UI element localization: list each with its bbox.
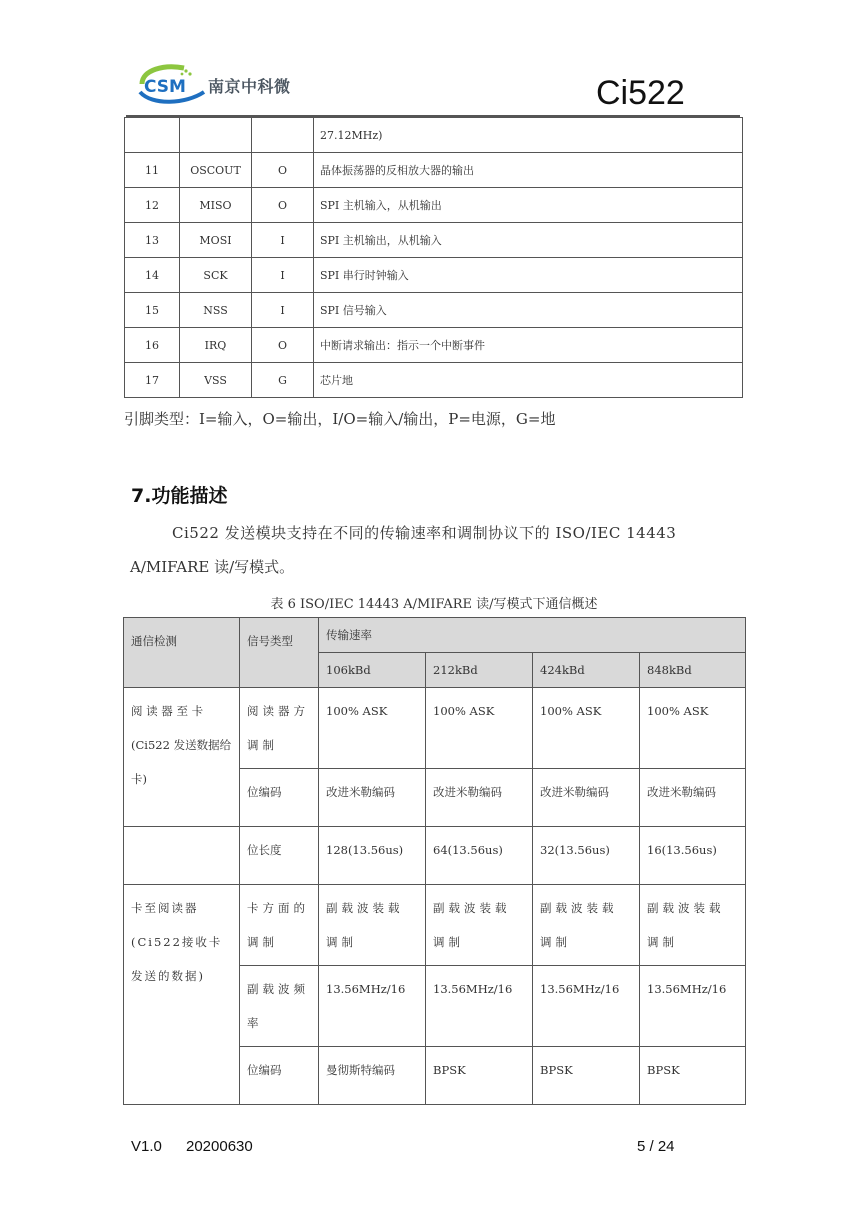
pin-no: 17 — [125, 363, 180, 398]
cell-value: 100% ASK — [533, 688, 640, 769]
pin-no: 13 — [125, 223, 180, 258]
pin-type: I — [252, 293, 314, 328]
cell-value: 13.56MHz/16 — [640, 966, 746, 1047]
pin-no: 16 — [125, 328, 180, 363]
pin-name: IRQ — [180, 328, 252, 363]
table-row: 13 MOSI I SPI 主机输出，从机输入 — [125, 223, 743, 258]
pin-desc: 芯片地 — [314, 363, 743, 398]
cell-value: 100% ASK — [426, 688, 533, 769]
cell-value: 100% ASK — [640, 688, 746, 769]
table-row: 卡至阅读器(Ci522接收卡发送的数据) 卡方面的调制 副载波装载调制 副载波装… — [124, 885, 746, 966]
pin-type: G — [252, 363, 314, 398]
header-row: 通信检测 信号类型 传输速率 — [124, 618, 746, 653]
cell-value: 改进米勒编码 — [426, 769, 533, 827]
section-title: 7.功能描述 — [131, 481, 227, 508]
table-row: 16 IRQ O 中断请求输出：指示一个中断事件 — [125, 328, 743, 363]
cell-value: BPSK — [426, 1047, 533, 1105]
table-caption: 表 6 ISO/IEC 14443 A/MIFARE 读/写模式下通信概述 — [0, 593, 868, 612]
pin-desc: 晶体振荡器的反相放大器的输出 — [314, 153, 743, 188]
pin-no — [125, 118, 180, 153]
cell-value: 改进米勒编码 — [533, 769, 640, 827]
signal-type: 位编码 — [240, 769, 319, 827]
cell-value: 64(13.56us) — [426, 827, 533, 885]
pin-type: I — [252, 223, 314, 258]
signal-type: 阅读器方调制 — [240, 688, 319, 769]
pin-type-legend: 引脚类型：I=输入，O=输出，I/O=输入/输出，P=电源，G=地 — [124, 408, 555, 429]
signal-type: 位编码 — [240, 1047, 319, 1105]
paragraph-line: Ci522 发送模块支持在不同的传输速率和调制协议下的 ISO/IEC 1444… — [172, 522, 676, 543]
pin-type: O — [252, 153, 314, 188]
cell-value: 改进米勒编码 — [319, 769, 426, 827]
pin-name: SCK — [180, 258, 252, 293]
cell-value: 副载波装载调制 — [319, 885, 426, 966]
table-row: 阅 读 器 至 卡 (Ci522 发送数据给卡) 阅读器方调制 100% ASK… — [124, 688, 746, 769]
header-signal-type: 信号类型 — [240, 618, 319, 688]
pin-desc: SPI 信号输入 — [314, 293, 743, 328]
table-row: 12 MISO O SPI 主机输入，从机输出 — [125, 188, 743, 223]
communication-table: 通信检测 信号类型 传输速率 106kBd 212kBd 424kBd 848k… — [123, 617, 746, 1105]
cell-value: 100% ASK — [319, 688, 426, 769]
cell-value: 副载波装载调制 — [426, 885, 533, 966]
table-row: 27.12MHz) — [125, 118, 743, 153]
pin-desc: 中断请求输出：指示一个中断事件 — [314, 328, 743, 363]
pin-desc: SPI 主机输出，从机输入 — [314, 223, 743, 258]
header-rate: 106kBd — [319, 653, 426, 688]
group-label: 卡至阅读器(Ci522接收卡发送的数据) — [124, 885, 240, 1105]
cell-value: 16(13.56us) — [640, 827, 746, 885]
pin-no: 14 — [125, 258, 180, 293]
pin-no: 12 — [125, 188, 180, 223]
signal-type: 副载波频率 — [240, 966, 319, 1047]
table-row: 17 VSS G 芯片地 — [125, 363, 743, 398]
cell-value: 128(13.56us) — [319, 827, 426, 885]
header-rate-group: 传输速率 — [319, 618, 746, 653]
cell-value: 改进米勒编码 — [640, 769, 746, 827]
pin-type: O — [252, 188, 314, 223]
signal-type: 位长度 — [240, 827, 319, 885]
pin-desc: 27.12MHz) — [314, 118, 743, 153]
pin-type: O — [252, 328, 314, 363]
pin-desc: SPI 主机输入，从机输出 — [314, 188, 743, 223]
pin-table: 27.12MHz) 11 OSCOUT O 晶体振荡器的反相放大器的输出 12 … — [124, 117, 743, 398]
pin-name: MISO — [180, 188, 252, 223]
cell-value: BPSK — [533, 1047, 640, 1105]
pin-no: 15 — [125, 293, 180, 328]
cell-value: BPSK — [640, 1047, 746, 1105]
pin-name: OSCOUT — [180, 153, 252, 188]
pin-name: VSS — [180, 363, 252, 398]
csm-logo-icon: CSM — [134, 62, 208, 106]
pin-name — [180, 118, 252, 153]
pin-no: 11 — [125, 153, 180, 188]
document-code: Ci522 — [596, 74, 685, 113]
header-rate: 424kBd — [533, 653, 640, 688]
header-rate: 848kBd — [640, 653, 746, 688]
cell-value: 32(13.56us) — [533, 827, 640, 885]
cell-value: 13.56MHz/16 — [426, 966, 533, 1047]
footer-date: 20200630 — [186, 1138, 253, 1155]
pin-type: I — [252, 258, 314, 293]
table-row: 14 SCK I SPI 串行时钟输入 — [125, 258, 743, 293]
footer-version: V1.0 — [131, 1138, 162, 1155]
table-row: 11 OSCOUT O 晶体振荡器的反相放大器的输出 — [125, 153, 743, 188]
group-label — [124, 827, 240, 885]
pin-name: NSS — [180, 293, 252, 328]
cell-value: 副载波装载调制 — [533, 885, 640, 966]
group-label: 阅 读 器 至 卡 (Ci522 发送数据给卡) — [124, 688, 240, 827]
cell-value: 曼彻斯特编码 — [319, 1047, 426, 1105]
cell-value: 13.56MHz/16 — [533, 966, 640, 1047]
table-row: 位长度 128(13.56us) 64(13.56us) 32(13.56us)… — [124, 827, 746, 885]
cell-value: 副载波装载调制 — [640, 885, 746, 966]
cell-value: 13.56MHz/16 — [319, 966, 426, 1047]
pin-type — [252, 118, 314, 153]
pin-name: MOSI — [180, 223, 252, 258]
page-number: 5 / 24 — [637, 1138, 675, 1155]
paragraph-line: A/MIFARE 读/写模式。 — [130, 556, 294, 577]
svg-text:CSM: CSM — [144, 77, 186, 97]
header-rate: 212kBd — [426, 653, 533, 688]
table-row: 15 NSS I SPI 信号输入 — [125, 293, 743, 328]
pin-desc: SPI 串行时钟输入 — [314, 258, 743, 293]
signal-type: 卡方面的调制 — [240, 885, 319, 966]
company-name: 南京中科微 — [208, 74, 291, 97]
header-comm-check: 通信检测 — [124, 618, 240, 688]
